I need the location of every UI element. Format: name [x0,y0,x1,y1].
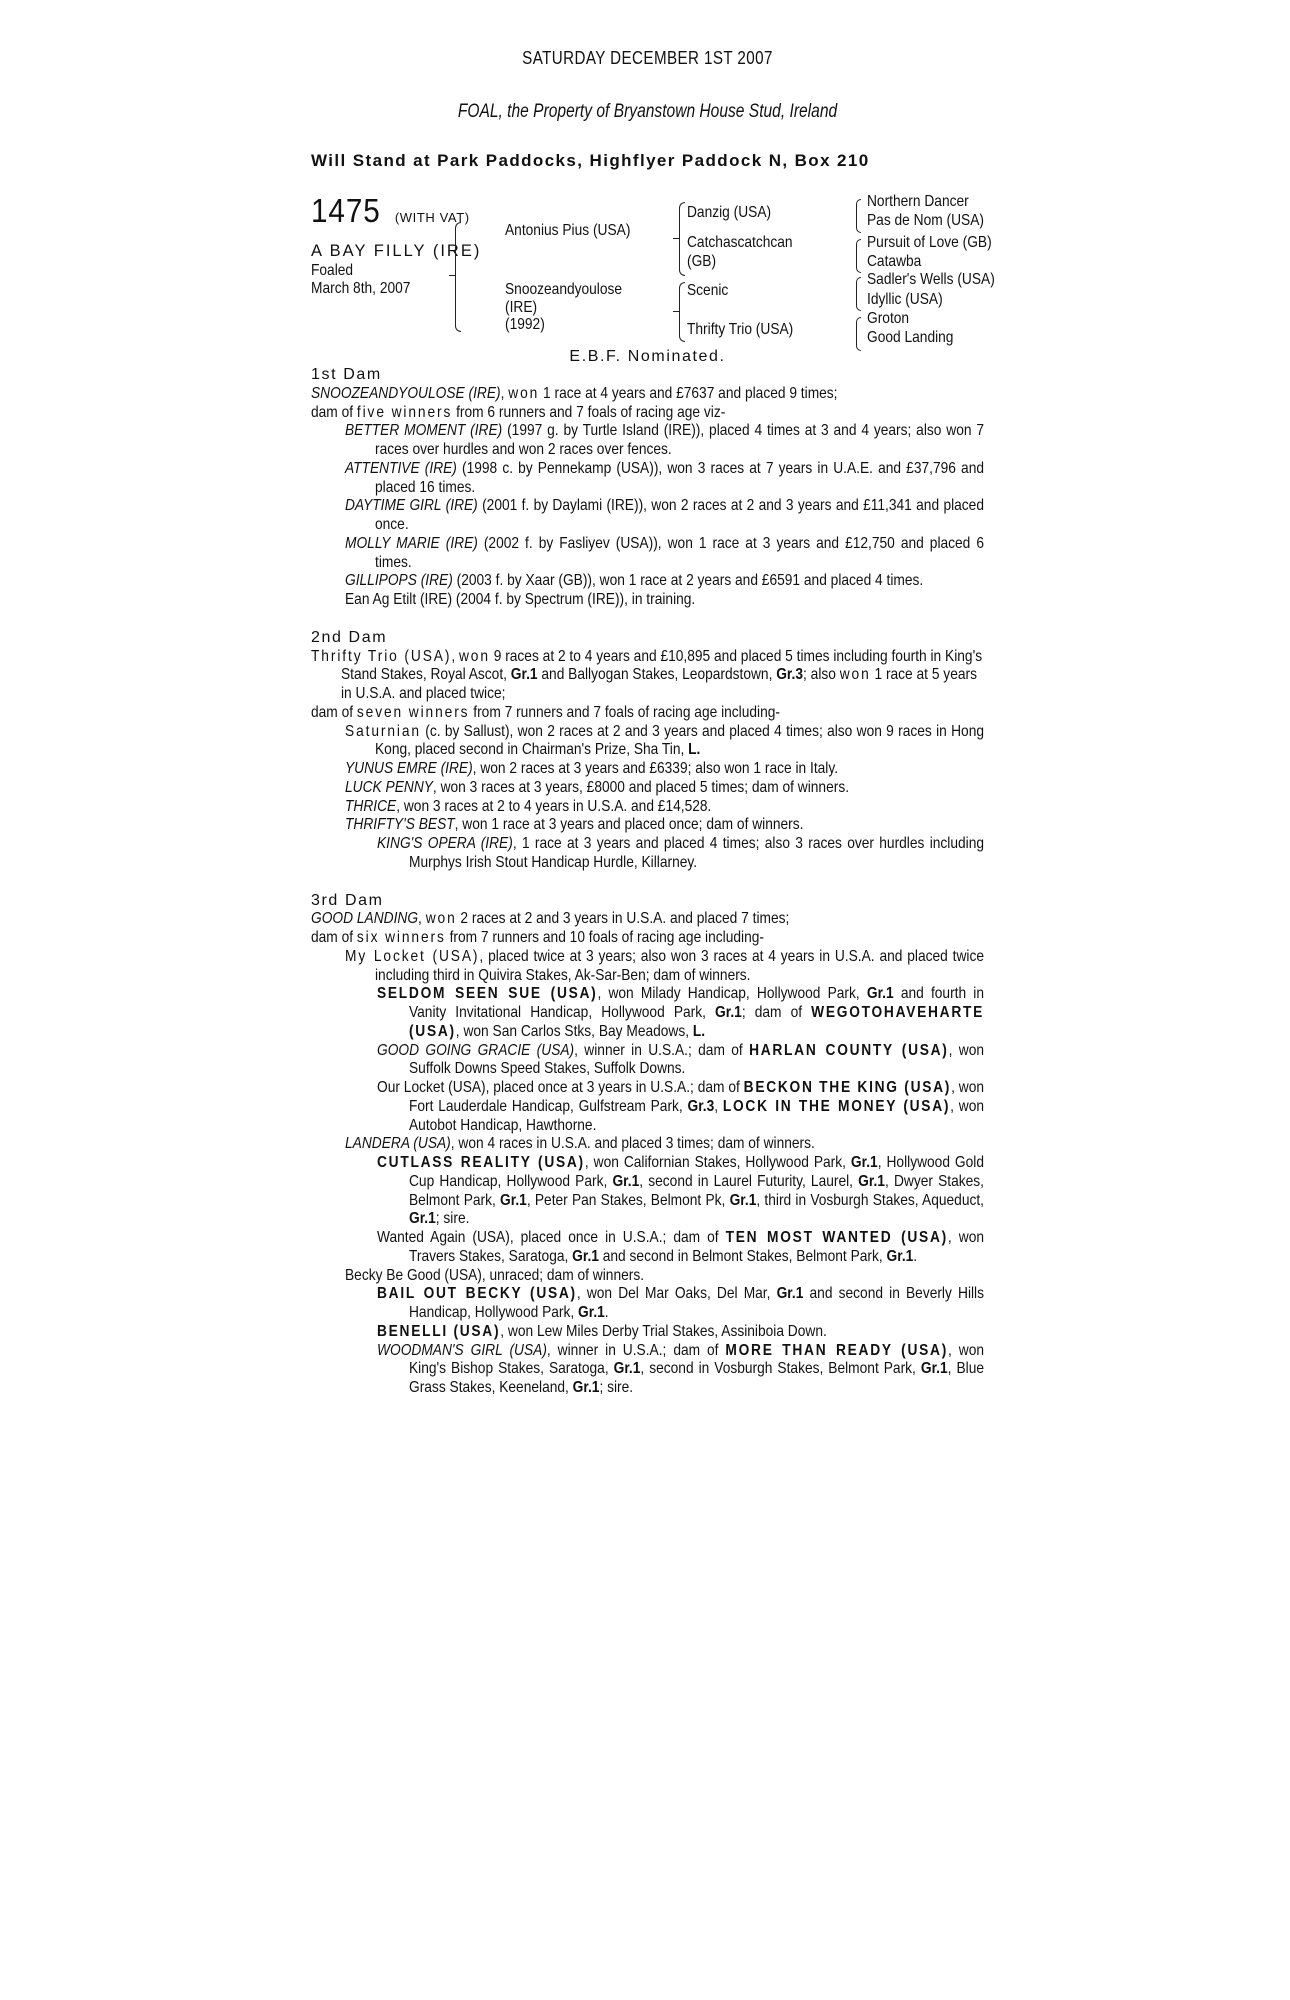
dam-summary-line: dam of five winners from 6 runners and 7… [311,404,984,423]
horse-name: TEN MOST WANTED (USA) [726,1229,948,1246]
brace-icon [856,239,861,273]
pedigree-sire-dam-line-1: Catchascatchcan [687,234,793,252]
record-text: , second in Vosburgh Stakes, Belmont Par… [640,1360,920,1377]
horse-name: GILLIPOPS (IRE) [345,572,453,589]
record-text: and Ballyogan Stakes, Leopardstown, [538,666,777,683]
lot-number: 1475 [311,192,381,230]
race-grade: L. [688,741,700,758]
pedigree-gen3-8: Good Landing [867,329,953,347]
dam-summary-line: GOOD LANDING, won 2 races at 2 and 3 yea… [311,910,984,929]
produce-entry: Becky Be Good (USA), unraced; dam of win… [345,1267,984,1286]
sale-date: SATURDAY DECEMBER 1ST 2007 [372,47,924,69]
record-text: won [508,385,539,402]
record-text: from 7 runners and 10 foals of racing ag… [446,929,764,946]
record-text: , winner in U.S.A.; dam of [547,1342,726,1359]
horse-name: MORE THAN READY (USA) [725,1342,948,1359]
record-text: , won 3 races at 2 to 4 years in U.S.A. … [396,798,711,815]
produce-record: 1st DamSNOOZEANDYOULOSE (IRE), won 1 rac… [311,366,984,1398]
race-grade: Gr.1 [867,985,894,1002]
horse-name: ATTENTIVE (IRE) [345,460,457,477]
record-text: , winner in U.S.A.; dam of [574,1042,749,1059]
produce-entry: LANDERA (USA), won 4 races in U.S.A. and… [345,1135,984,1154]
brace-icon [455,222,461,332]
race-grade: Gr.1 [572,1248,599,1265]
race-grade: Gr.1 [858,1173,885,1190]
pedigree-gen3-7: Groton [867,310,909,328]
record-text: . [913,1248,917,1265]
record-text: , won 1 race at 3 years and placed once;… [455,816,804,833]
dam-summary-line: dam of seven winners from 7 runners and … [311,704,984,723]
record-text: , won Milady Handicap, Hollywood Park, [597,985,866,1002]
brace-icon [856,199,861,233]
produce-entry: Wanted Again (USA), placed once in U.S.A… [377,1229,984,1267]
record-text: , third in Vosburgh Stakes, Aqueduct, [756,1192,984,1209]
record-text: won [426,910,457,927]
race-grade: Gr.1 [500,1192,527,1209]
horse-name: GOOD GOING GRACIE (USA) [377,1042,574,1059]
dam-heading: 3rd Dam [311,892,984,911]
record-text: , won Californian Stakes, Hollywood Park… [585,1154,851,1171]
pedigree-sire-dam-line-2: (GB) [687,253,716,271]
record-text: , won Lew Miles Derby Trial Stakes, Assi… [500,1323,827,1340]
record-text: , won Del Mar Oaks, Del Mar, [577,1285,777,1302]
produce-entry: MOLLY MARIE (IRE) (2002 f. by Fasliyev (… [345,535,984,573]
record-text: from 7 runners and 7 foals of racing age… [469,704,780,721]
stand-location: Will Stand at Park Paddocks, Highflyer P… [311,151,870,171]
pedigree-dam-line-3: (1992) [505,316,545,334]
pedigree-gen3-6: Idyllic (USA) [867,291,943,309]
ebf-nominated: E.B.F. Nominated. [311,348,984,366]
brace-point-icon [673,238,679,239]
horse-name: THRICE [345,798,396,815]
record-text: . [605,1304,609,1321]
record-text: , won San Carlos Stks, Bay Meadows, [456,1023,693,1040]
record-text: from 6 runners and 7 foals of racing age… [452,404,725,421]
race-grade: Gr.1 [777,1285,804,1302]
produce-entry: CUTLASS REALITY (USA), won Californian S… [377,1154,984,1229]
foaled-label: Foaled [311,262,353,280]
horse-name: HARLAN COUNTY (USA) [749,1042,949,1059]
produce-entry: YUNUS EMRE (IRE), won 2 races at 3 years… [345,760,984,779]
pedigree-gen3-2: Pas de Nom (USA) [867,212,984,230]
record-text: , won 4 races in U.S.A. and placed 3 tim… [451,1135,815,1152]
dam-heading: 2nd Dam [311,629,984,648]
dam-summary-line: dam of six winners from 7 runners and 10… [311,929,984,948]
race-grade: Gr.1 [573,1379,600,1396]
produce-entry: THRICE, won 3 races at 2 to 4 years in U… [345,798,984,817]
horse-name: CUTLASS REALITY (USA) [377,1154,585,1171]
record-text: ; sire. [599,1379,633,1396]
record-text: five winners [357,404,452,421]
produce-entry: ATTENTIVE (IRE) (1998 c. by Pennekamp (U… [345,460,984,498]
record-text: , second in Laurel Futurity, Laurel, [639,1173,858,1190]
pedigree-sire-sire: Danzig (USA) [687,204,771,222]
record-text: , won 2 races at 3 years and £6339; also… [473,760,838,777]
pedigree-dam-sire: Scenic [687,282,728,300]
record-text: Becky Be Good (USA), unraced; dam of win… [345,1267,644,1284]
horse-name: BECKON THE KING (USA) [744,1079,951,1096]
produce-entry: Our Locket (USA), placed once at 3 years… [377,1079,984,1135]
horse-name: SELDOM SEEN SUE (USA) [377,985,597,1002]
produce-entry: My Locket (USA), placed twice at 3 years… [345,948,984,986]
record-text: ; sire. [436,1210,470,1227]
record-text: Thrifty Trio (USA) [311,648,451,665]
produce-entry: Saturnian (c. by Sallust), won 2 races a… [345,723,984,761]
record-text: 2 races at 2 and 3 years in U.S.A. and p… [457,910,790,927]
produce-entry: Ean Ag Etilt (IRE) (2004 f. by Spectrum … [345,591,984,610]
produce-entry: BAIL OUT BECKY (USA), won Del Mar Oaks, … [377,1285,984,1323]
pedigree-gen3-1: Northern Dancer [867,193,969,211]
horse-name: BAIL OUT BECKY (USA) [377,1285,577,1302]
pedigree-dam-dam: Thrifty Trio (USA) [687,321,793,339]
brace-icon [856,277,861,311]
race-grade: Gr.1 [409,1210,436,1227]
produce-entry: KING'S OPERA (IRE), 1 race at 3 years an… [377,835,984,873]
dam-summary-line: Thrifty Trio (USA), won 9 races at 2 to … [311,648,984,704]
pedigree-gen3-3: Pursuit of Love (GB) [867,234,992,252]
brace-point-icon [673,311,679,312]
record-text: (1998 c. by Pennekamp (USA)), won 3 race… [375,460,984,496]
produce-entry: WOODMAN'S GIRL (USA), winner in U.S.A.; … [377,1342,984,1398]
record-text: Wanted Again (USA), placed once in U.S.A… [377,1229,726,1246]
record-text: My Locket (USA) [345,948,479,965]
record-text: dam of [311,929,357,946]
record-text: Our Locket (USA), placed once at 3 years… [377,1079,744,1096]
pedigree-dam-line-2: (IRE) [505,299,537,317]
horse-name: BETTER MOMENT (IRE) [345,422,502,439]
race-grade: Gr.1 [921,1360,948,1377]
dam-summary-line: SNOOZEANDYOULOSE (IRE), won 1 race at 4 … [311,385,984,404]
horse-name: SNOOZEANDYOULOSE (IRE) [311,385,501,402]
record-text: (2003 f. by Xaar (GB)), won 1 race at 2 … [453,572,923,589]
produce-entry: THRIFTY'S BEST, won 1 race at 3 years an… [345,816,984,835]
race-grade: Gr.1 [851,1154,878,1171]
horse-name: WOODMAN'S GIRL (USA) [377,1342,547,1359]
record-text: Saturnian [345,723,421,740]
race-grade: Gr.1 [887,1248,914,1265]
produce-entry: LUCK PENNY, won 3 races at 3 years, £800… [345,779,984,798]
record-text: (c. by Sallust), won 2 races at 2 and 3 … [375,723,984,759]
record-text: , won 3 races at 3 years, £8000 and plac… [433,779,849,796]
produce-entry: DAYTIME GIRL (IRE) (2001 f. by Daylami (… [345,497,984,535]
produce-entry: GILLIPOPS (IRE) (2003 f. by Xaar (GB)), … [345,572,984,591]
horse-name: KING'S OPERA (IRE) [377,835,513,852]
produce-entry: SELDOM SEEN SUE (USA), won Milady Handic… [377,985,984,1041]
record-text: won [459,648,490,665]
race-grade: Gr.1 [612,1173,639,1190]
record-text: ; also [803,666,840,683]
record-text: seven winners [357,704,470,721]
record-text: dam of [311,704,357,721]
brace-icon [856,317,861,351]
race-grade: Gr.1 [511,666,538,683]
horse-name: BENELLI (USA) [377,1323,500,1340]
race-grade: Gr.1 [614,1360,641,1377]
section-gap [311,610,984,629]
pedigree-dam-line-1: Snoozeandyoulose [505,281,622,299]
race-grade: Gr.1 [715,1004,742,1021]
produce-entry: BETTER MOMENT (IRE) (1997 g. by Turtle I… [345,422,984,460]
horse-name: GOOD LANDING [311,910,418,927]
record-text: and second in Belmont Stakes, Belmont Pa… [599,1248,887,1265]
brace-point-icon [449,275,455,276]
horse-name: THRIFTY'S BEST [345,816,455,833]
produce-entry: GOOD GOING GRACIE (USA), winner in U.S.A… [377,1042,984,1080]
horse-name: YUNUS EMRE (IRE) [345,760,473,777]
horse-name: MOLLY MARIE (IRE) [345,535,478,552]
foaled-date: March 8th, 2007 [311,280,410,298]
horse-name: LANDERA (USA) [345,1135,451,1152]
record-text: Ean Ag Etilt (IRE) (2004 f. by Spectrum … [345,591,695,608]
produce-entry: BENELLI (USA), won Lew Miles Derby Trial… [377,1323,984,1342]
property-line: FOAL, the Property of Bryanstown House S… [372,101,924,123]
race-grade: Gr.1 [578,1304,605,1321]
record-text: 1 race at 4 years and £7637 and placed 9… [539,385,837,402]
record-text: , [714,1098,723,1115]
race-grade: Gr.1 [730,1192,757,1209]
brace-icon [679,282,685,342]
dam-heading: 1st Dam [311,366,984,385]
record-text: ; dam of [742,1004,811,1021]
brace-icon [679,202,685,276]
race-grade: L. [693,1023,705,1040]
record-text: won [840,666,871,683]
race-grade: Gr.3 [776,666,803,683]
horse-name: DAYTIME GIRL (IRE) [345,497,478,514]
record-text: , [451,648,459,665]
section-gap [311,873,984,892]
record-text: six winners [357,929,446,946]
pedigree-gen3-4: Catawba [867,253,921,271]
race-grade: Gr.3 [688,1098,715,1115]
pedigree-gen3-5: Sadler's Wells (USA) [867,271,995,289]
horse-name: LUCK PENNY [345,779,433,796]
pedigree-sire: Antonius Pius (USA) [505,222,630,240]
lot-header: 1475 (WITH VAT) [311,192,470,230]
record-text: dam of [311,404,357,421]
record-text: , Peter Pan Stakes, Belmont Pk, [527,1192,730,1209]
horse-name: LOCK IN THE MONEY (USA) [723,1098,950,1115]
